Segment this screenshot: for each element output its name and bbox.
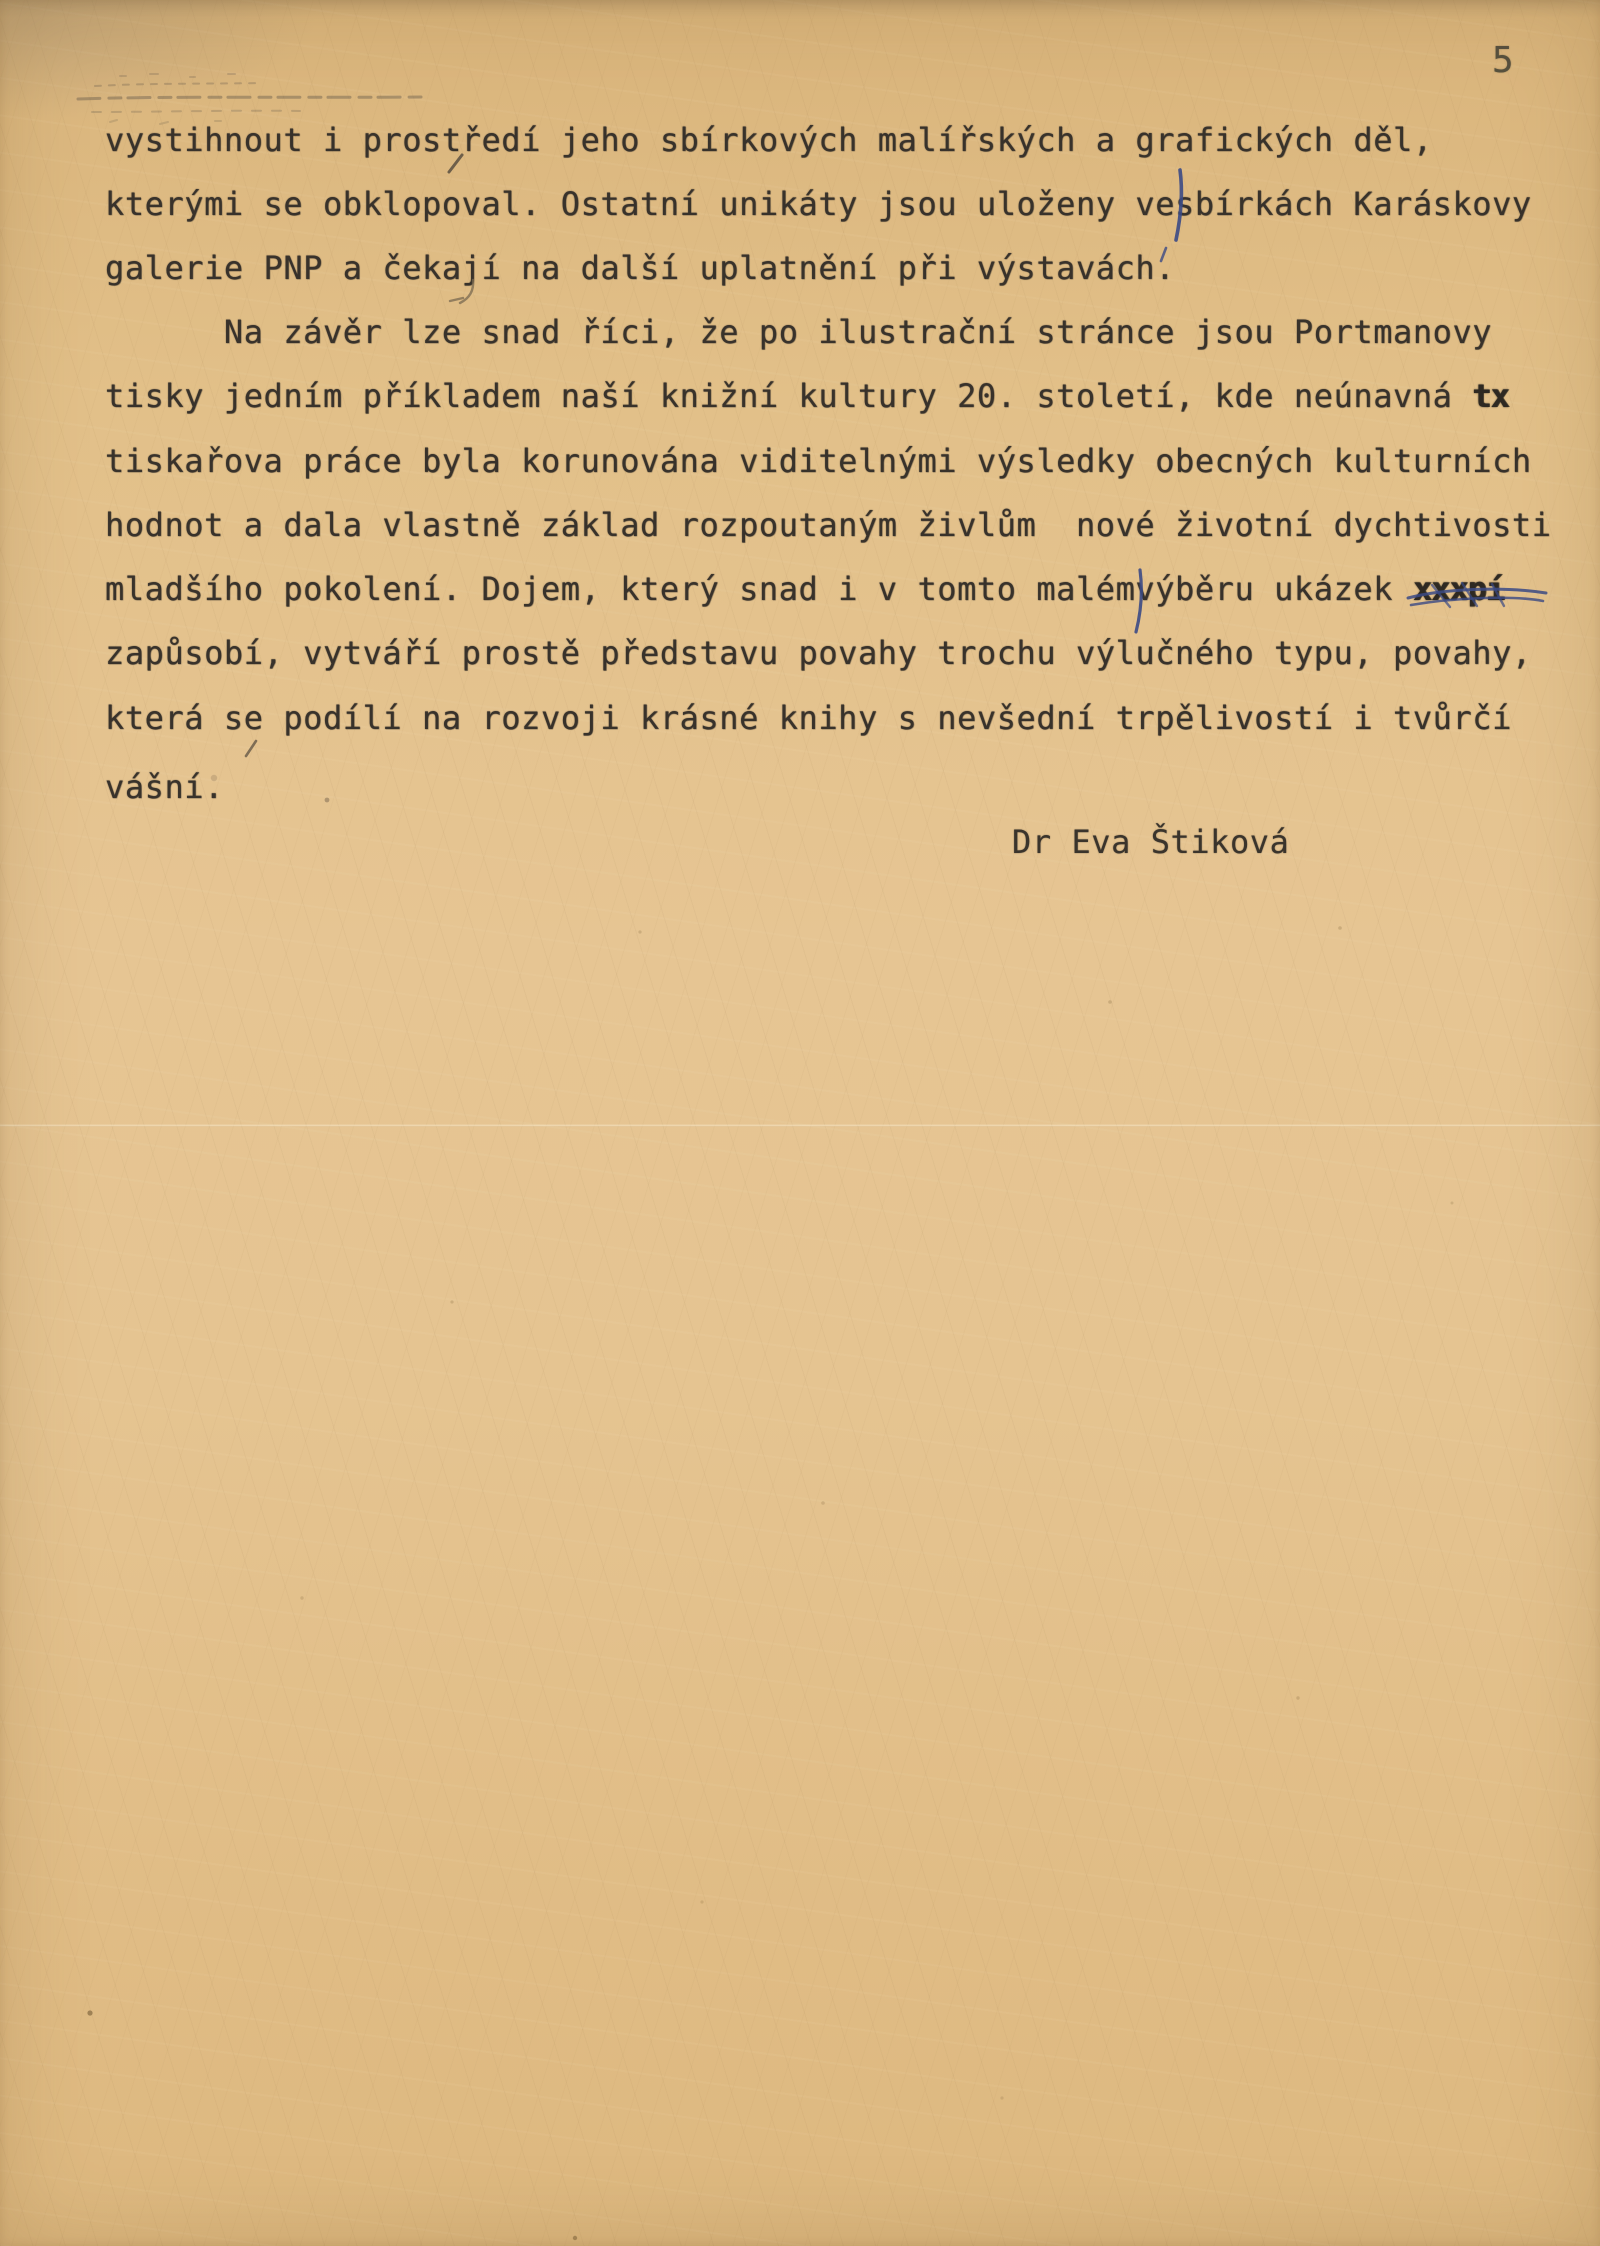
typed-line-8: mladšího pokolení. Dojem, který snad i v…: [105, 569, 1504, 609]
typed-line-10: která se podílí na rozvoji krásné knihy …: [105, 698, 1512, 738]
typed-line-5: tisky jedním příkladem naší knižní kultu…: [105, 376, 1509, 416]
typed-line-5-text: tisky jedním příkladem naší knižní kultu…: [105, 377, 1472, 415]
document-page: 5 vystihnout i prostředí jeho sbírkových…: [0, 0, 1600, 2246]
typed-line-3: galerie PNP a čekají na další uplatnění …: [105, 248, 1175, 288]
typed-line-11: vášní.: [105, 767, 224, 807]
typed-line-1: vystihnout i prostředí jeho sbírkových m…: [105, 120, 1433, 160]
typed-line-8-text: mladšího pokolení. Dojem, který snad i v…: [105, 570, 1413, 608]
typed-line-2: kterými se obklopoval. Ostatní unikáty j…: [105, 184, 1532, 224]
signature: Dr Eva Štiková: [1012, 823, 1289, 861]
overtyped-correction-tx: tx: [1472, 377, 1509, 415]
typed-line-9: zapůsobí, vytváří prostě představu povah…: [105, 633, 1532, 673]
struck-out-word: xxxpí: [1413, 570, 1504, 608]
scan-edge-shadow: [0, 0, 1600, 18]
paper-fold-crease: [0, 1124, 1600, 1127]
scan-corner-shadow: [0, 0, 320, 120]
page-number: 5: [1492, 40, 1514, 81]
typed-line-7: hodnot a dala vlastně základ rozpoutaným…: [105, 505, 1552, 545]
typed-line-4: Na závěr lze snad říci, že po ilustrační…: [105, 312, 1492, 352]
typed-line-6: tiskařova práce byla korunována viditeln…: [105, 441, 1532, 481]
